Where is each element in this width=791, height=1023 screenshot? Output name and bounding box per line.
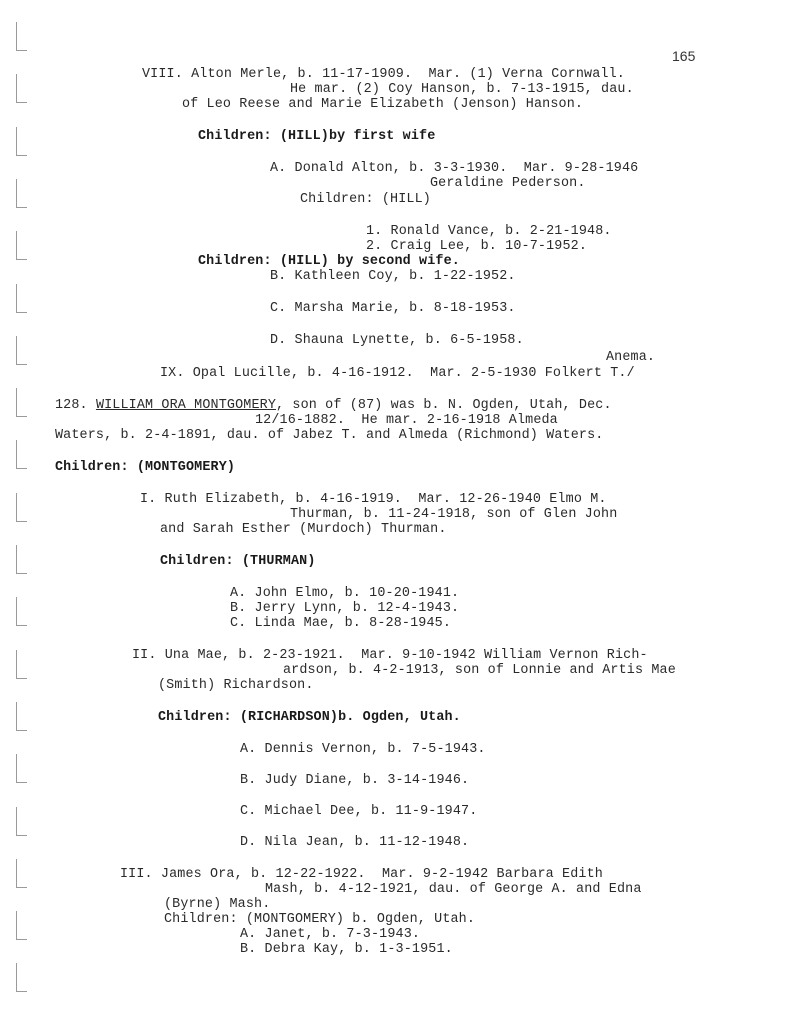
grandchild-debra-kay: B. Debra Kay, b. 1-3-1951. <box>240 942 453 957</box>
child-james-ora-line-2: Mash, b. 4-12-1921, dau. of George A. an… <box>265 882 642 897</box>
binder-mark <box>16 963 27 992</box>
binder-mark <box>16 650 27 679</box>
children-hill-second-wife: Children: (HILL) by second wife. <box>198 254 460 269</box>
binder-mark <box>16 74 27 103</box>
child-james-ora-line-3: (Byrne) Mash. <box>164 897 270 912</box>
child-una-mae: II. Una Mae, b. 2-23-1921. Mar. 9-10-194… <box>132 648 648 663</box>
binder-mark <box>16 284 27 313</box>
grandchild-janet: A. Janet, b. 7-3-1943. <box>240 927 420 942</box>
binder-mark <box>16 597 27 626</box>
binder-mark <box>16 859 27 888</box>
grandchild-linda-mae: C. Linda Mae, b. 8-28-1945. <box>230 616 451 631</box>
grandchild-dennis-vernon: A. Dennis Vernon, b. 7-5-1943. <box>240 742 486 757</box>
entry-128-intro: , son of (87) was b. N. Ogden, Utah, Dec… <box>276 398 612 413</box>
child-marsha-marie: C. Marsha Marie, b. 8-18-1953. <box>270 301 516 316</box>
entry-128-line-2: 12/16-1882. He mar. 2-16-1918 Almeda <box>255 413 558 428</box>
binder-mark <box>16 388 27 417</box>
child-james-ora: III. James Ora, b. 12-22-1922. Mar. 9-2-… <box>120 867 603 882</box>
entry-viii-line-3: of Leo Reese and Marie Elizabeth (Jenson… <box>182 97 583 112</box>
binder-mark <box>16 22 27 51</box>
grandchild-nila-jean: D. Nila Jean, b. 11-12-1948. <box>240 835 469 850</box>
child-donald-alton: A. Donald Alton, b. 3-3-1930. Mar. 9-28-… <box>270 161 638 176</box>
children-montgomery-heading: Children: (MONTGOMERY) <box>55 460 235 475</box>
child-shauna-lynette: D. Shauna Lynette, b. 6-5-1958. <box>270 333 524 348</box>
child-una-mae-line-2: ardson, b. 4-2-1913, son of Lonnie and A… <box>283 663 676 678</box>
child-ruth-line-2: Thurman, b. 11-24-1918, son of Glen John <box>290 507 617 522</box>
entry-number: 128. <box>55 398 96 413</box>
child-una-mae-line-3: (Smith) Richardson. <box>158 678 314 693</box>
grandchild-john-elmo: A. John Elmo, b. 10-20-1941. <box>230 586 459 601</box>
binder-mark <box>16 702 27 731</box>
binder-mark <box>16 493 27 522</box>
grandchild-michael-dee: C. Michael Dee, b. 11-9-1947. <box>240 804 477 819</box>
entry-viii-line-2: He mar. (2) Coy Hanson, b. 7-13-1915, da… <box>290 82 634 97</box>
binder-mark <box>16 911 27 940</box>
child-ruth-line-3: and Sarah Esther (Murdoch) Thurman. <box>160 522 447 537</box>
child-donald-alton-spouse: Geraldine Pederson. <box>430 176 586 191</box>
binder-mark <box>16 336 27 365</box>
binder-mark <box>16 754 27 783</box>
person-name: WILLIAM ORA MONTGOMERY <box>96 398 276 413</box>
entry-viii-heading: VIII. Alton Merle, b. 11-17-1909. Mar. (… <box>142 67 625 82</box>
binder-margin-marks <box>16 0 28 1023</box>
page-number: 165 <box>672 48 695 64</box>
binder-mark <box>16 440 27 469</box>
anema-note: Anema. <box>606 350 655 365</box>
children-hill-heading: Children: (HILL) <box>300 192 431 207</box>
binder-mark <box>16 127 27 156</box>
grandchild-craig-lee: 2. Craig Lee, b. 10-7-1952. <box>366 239 587 254</box>
binder-mark <box>16 179 27 208</box>
entry-128-line-3: Waters, b. 2-4-1891, dau. of Jabez T. an… <box>55 428 603 443</box>
child-kathleen-coy: B. Kathleen Coy, b. 1-22-1952. <box>270 269 516 284</box>
children-hill-first-wife: Children: (HILL)by first wife <box>198 129 435 144</box>
binder-mark <box>16 231 27 260</box>
grandchild-judy-diane: B. Judy Diane, b. 3-14-1946. <box>240 773 469 788</box>
grandchild-jerry-lynn: B. Jerry Lynn, b. 12-4-1943. <box>230 601 459 616</box>
children-montgomery-ogden-heading: Children: (MONTGOMERY) b. Ogden, Utah. <box>164 912 475 927</box>
binder-mark <box>16 545 27 574</box>
children-thurman-heading: Children: (THURMAN) <box>160 554 316 569</box>
grandchild-ronald-vance: 1. Ronald Vance, b. 2-21-1948. <box>366 224 612 239</box>
children-richardson-heading: Children: (RICHARDSON)b. Ogden, Utah. <box>158 710 461 725</box>
child-ruth-elizabeth: I. Ruth Elizabeth, b. 4-16-1919. Mar. 12… <box>140 492 607 507</box>
entry-ix-heading: IX. Opal Lucille, b. 4-16-1912. Mar. 2-5… <box>160 366 635 381</box>
binder-mark <box>16 807 27 836</box>
document-page: 165 VIII. Alton Merle, b. 11-17-1909. Ma… <box>0 0 791 1023</box>
entry-128-heading: 128. WILLIAM ORA MONTGOMERY, son of (87)… <box>55 398 612 413</box>
